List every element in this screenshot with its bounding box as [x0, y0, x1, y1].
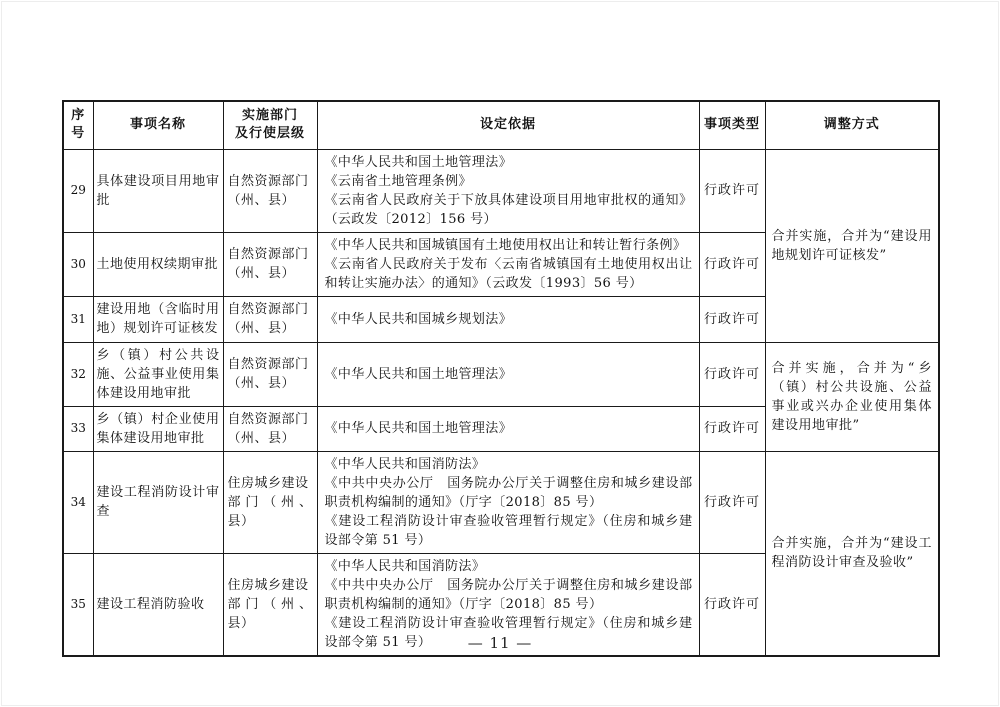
- implementing-dept: 住房城乡建设 部门（州、县）: [223, 451, 317, 553]
- row-no: 30: [63, 232, 93, 296]
- header-row: 序 号 事项名称 实施部门 及行使层级 设定依据 事项类型 调整方式: [63, 101, 939, 149]
- item-type: 行政许可: [699, 149, 765, 232]
- header-cell-type: 事项类型: [699, 101, 765, 149]
- table-row: 34 建设工程消防设计审查 住房城乡建设 部门（州、县） 《中华人民共和国消防法…: [63, 451, 939, 553]
- table-row: 32 乡（镇）村公共设施、公益事业使用集体建设用地审批 自然资源部门 （州、县）…: [63, 342, 939, 406]
- legal-basis-line: 《中华人民共和国消防法》: [325, 557, 693, 576]
- legal-basis-line: 《建设工程消防设计审查验收管理暂行规定》（住房和城乡建设部令第 51 号）: [325, 512, 693, 550]
- item-name: 乡（镇）村企业使用集体建设用地审批: [93, 406, 223, 451]
- item-type: 行政许可: [699, 406, 765, 451]
- legal-basis-line: 《中共中央办公厅 国务院办公厅关于调整住房和城乡建设部职责机构编制的通知》（厅字…: [325, 576, 693, 614]
- row-no: 34: [63, 451, 93, 553]
- legal-basis-line: 《中华人民共和国城乡规划法》: [325, 310, 693, 329]
- header-cell-basis: 设定依据: [317, 101, 699, 149]
- legal-basis: 《中华人民共和国城乡规划法》: [317, 296, 699, 342]
- row-no: 33: [63, 406, 93, 451]
- legal-basis: 《中华人民共和国消防法》 《中共中央办公厅 国务院办公厅关于调整住房和城乡建设部…: [317, 451, 699, 553]
- implementing-dept: 自然资源部门 （州、县）: [223, 149, 317, 232]
- adjust-method-group-3: 合并实施，合并为“建设工程消防设计审查及验收”: [765, 451, 939, 656]
- legal-basis-line: 《云南省人民政府关于下放具体建设项目用地审批权的通知》（云政发〔2012〕156…: [325, 191, 693, 229]
- legal-basis: 《中华人民共和国土地管理法》: [317, 406, 699, 451]
- item-type: 行政许可: [699, 232, 765, 296]
- item-name: 建设工程消防设计审查: [93, 451, 223, 553]
- implementing-dept: 自然资源部门 （州、县）: [223, 342, 317, 406]
- row-no: 29: [63, 149, 93, 232]
- row-no: 32: [63, 342, 93, 406]
- legal-basis: 《中华人民共和国城镇国有土地使用权出让和转让暂行条例》 《云南省人民政府关于发布…: [317, 232, 699, 296]
- item-name: 乡（镇）村公共设施、公益事业使用集体建设用地审批: [93, 342, 223, 406]
- legal-basis: 《中华人民共和国土地管理法》: [317, 342, 699, 406]
- item-name: 具体建设项目用地审批: [93, 149, 223, 232]
- implementing-dept: 自然资源部门 （州、县）: [223, 296, 317, 342]
- item-type: 行政许可: [699, 451, 765, 553]
- legal-basis-line: 《云南省土地管理条例》: [325, 172, 693, 191]
- legal-basis-line: 《中共中央办公厅 国务院办公厅关于调整住房和城乡建设部职责机构编制的通知》（厅字…: [325, 474, 693, 512]
- header-cell-dept: 实施部门 及行使层级: [223, 101, 317, 149]
- header-cell-no: 序 号: [63, 101, 93, 149]
- legal-basis: 《中华人民共和国土地管理法》 《云南省土地管理条例》 《云南省人民政府关于下放具…: [317, 149, 699, 232]
- adjust-method-group-2: 合并实施，合并为“乡（镇）村公共设施、公益事业或兴办企业使用集体建设用地审批”: [765, 342, 939, 451]
- item-type: 行政许可: [699, 296, 765, 342]
- item-name: 土地使用权续期审批: [93, 232, 223, 296]
- implementing-dept: 自然资源部门 （州、县）: [223, 232, 317, 296]
- header-cell-name: 事项名称: [93, 101, 223, 149]
- item-name: 建设用地（含临时用地）规划许可证核发: [93, 296, 223, 342]
- legal-basis-line: 《中华人民共和国城镇国有土地使用权出让和转让暂行条例》: [325, 236, 693, 255]
- legal-basis-line: 《中华人民共和国消防法》: [325, 455, 693, 474]
- adjust-method-group-1: 合并实施，合并为“建设用地规划许可证核发”: [765, 149, 939, 342]
- legal-basis-line: 《中华人民共和国土地管理法》: [325, 419, 693, 438]
- legal-basis-line: 《云南省人民政府关于发布〈云南省城镇国有土地使用权出让和转让实施办法〉的通知》（…: [325, 255, 693, 293]
- table-row: 29 具体建设项目用地审批 自然资源部门 （州、县） 《中华人民共和国土地管理法…: [63, 149, 939, 232]
- page-number: — 11 —: [0, 634, 1000, 652]
- legal-basis-line: 《中华人民共和国土地管理法》: [325, 153, 693, 172]
- approval-items-table: 序 号 事项名称 实施部门 及行使层级 设定依据 事项类型 调整方式 29 具体…: [62, 100, 940, 657]
- legal-basis-line: 《中华人民共和国土地管理法》: [325, 365, 693, 384]
- header-cell-adjust: 调整方式: [765, 101, 939, 149]
- implementing-dept: 自然资源部门 （州、县）: [223, 406, 317, 451]
- row-no: 31: [63, 296, 93, 342]
- item-type: 行政许可: [699, 342, 765, 406]
